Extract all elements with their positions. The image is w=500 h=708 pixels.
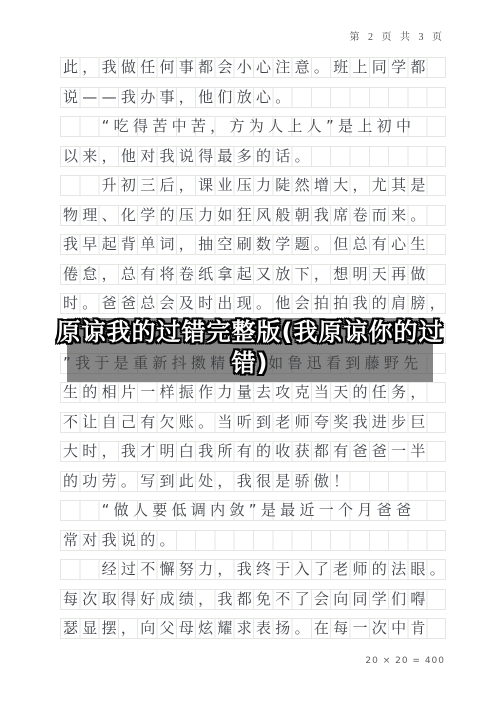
overlay-title: 原谅我的过错完整版(我原谅你的过 错) <box>0 317 500 379</box>
text-line: 瑟显摆，向父母炫耀求表扬。在每一次中肯 <box>60 618 446 639</box>
text-line: “吃得苦中苦，方为人上人”是上初中 <box>60 116 446 137</box>
document-page: 第 2 页 共 3 页 此，我做任何事都会小心注意。班上同学都说——我办事，他们… <box>0 0 500 708</box>
text-line: 大时，我才明白我所有的收获都有爸爸一半 <box>60 441 446 462</box>
text-line: 此，我做任何事都会小心注意。班上同学都 <box>60 57 446 78</box>
text-line: 升初三后，课业压力陡然增大，尤其是 <box>60 175 446 196</box>
text-line: 以来，他对我说得最多的话。 <box>60 146 446 167</box>
text-line: 的功劳。写到此处，我很是骄傲！ <box>60 471 446 492</box>
text-line: 经过不懈努力，我终于入了老师的法眼。 <box>60 559 446 580</box>
text-line: “做人要低调内敛”是最近一个月爸爸 <box>60 500 446 521</box>
grid-count-footer: 20 × 20 = 400 <box>365 656 445 666</box>
text-line: 我早起背单词，抽空刷数学题。但总有心生 <box>60 234 446 255</box>
text-line: 时。爸爸总会及时出现。他会拍拍我的肩膀， <box>60 293 446 314</box>
text-line: 倦怠，总有将卷纸拿起又放下，想明天再做 <box>60 264 446 285</box>
text-line: 物理、化学的压力如狂风般朝我席卷而来。 <box>60 205 446 226</box>
text-line: 生的相片一样振作力量去攻克当天的任务， <box>60 382 446 403</box>
text-line: 常对我说的。 <box>60 530 446 551</box>
overlay-title-line2: 错) <box>0 348 500 379</box>
overlay-title-line1: 原谅我的过错完整版(我原谅你的过 <box>0 317 500 348</box>
page-number-header: 第 2 页 共 3 页 <box>350 28 446 43</box>
text-line: 每次取得好成绩，我都免不了会向同学们嘚 <box>60 589 446 610</box>
text-line: 说——我办事，他们放心。 <box>60 87 446 108</box>
text-line: 不让自己有欠账。当听到老师夸奖我进步巨 <box>60 412 446 433</box>
